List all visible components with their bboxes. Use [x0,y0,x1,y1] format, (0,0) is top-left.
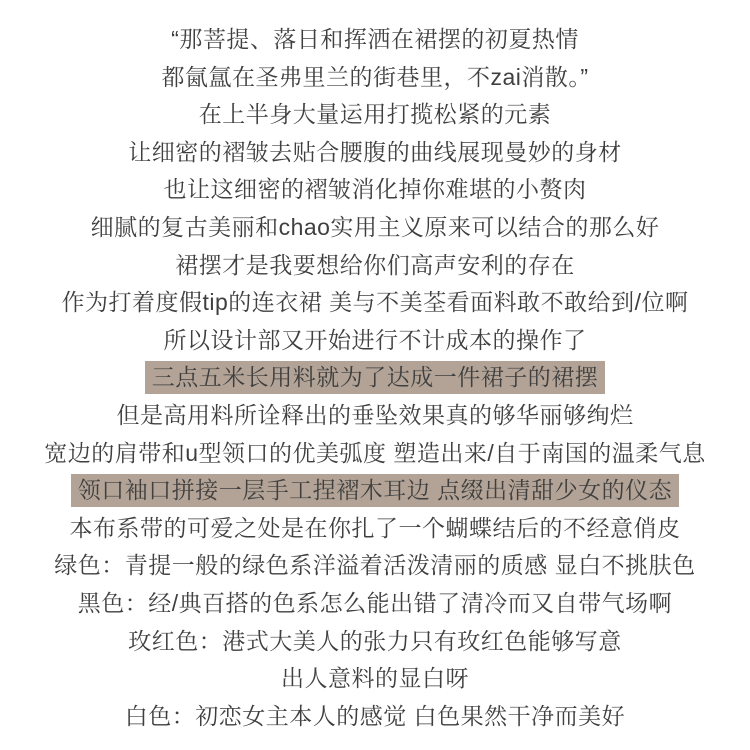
text-line: 宽边的肩带和u型领口的优美弧度 塑造出来/自于南国的温柔气息 [0,435,750,473]
text-line: 但是高用料所诠释出的垂坠效果真的够华丽够绚烂 [0,397,750,435]
text-line: 本布系带的可爱之处是在你扎了一个蝴蝶结后的不经意俏皮 [0,510,750,548]
text-line: 作为打着度假tip的连衣裙 美与不美荃看面料敢不敢给到/位啊 [0,284,750,322]
text-line: 细腻的复古美丽和chao实用主义原来可以结合的那么好 [0,209,750,247]
text-line: 出人意料的显白呀 [0,660,750,698]
text-line: 也让这细密的褶皱消化掉你难堪的小赘肉 [0,171,750,209]
text-block: “那菩提、落日和挥洒在裙摆的初夏热情都氤氲在圣弗里兰的街巷里，不zai消散。”在… [0,21,750,735]
highlighted-text: 三点五米长用料就为了达成一件裙子的裙摆 [145,361,606,394]
text-line: 都氤氲在圣弗里兰的街巷里，不zai消散。” [0,59,750,97]
product-description-page: “那菩提、落日和挥洒在裙摆的初夏热情都氤氲在圣弗里兰的街巷里，不zai消散。”在… [0,0,750,750]
text-line: 在上半身大量运用打揽松紧的元素 [0,96,750,134]
text-line-highlighted: 三点五米长用料就为了达成一件裙子的裙摆 [0,359,750,397]
text-line: 玫红色：港式大美人的张力只有玫红色能够写意 [0,623,750,661]
text-line: 所以设计部又开始进行不计成本的操作了 [0,322,750,360]
text-line: 裙摆才是我要想给你们高声安利的存在 [0,247,750,285]
text-line-highlighted: 领口袖口拼接一层手工捏褶木耳边 点缀出清甜少女的仪态 [0,472,750,510]
text-line: 绿色：青提一般的绿色系洋溢着活泼清丽的质感 显白不挑肤色 [0,547,750,585]
text-line: “那菩提、落日和挥洒在裙摆的初夏热情 [0,21,750,59]
highlighted-text: 领口袖口拼接一层手工捏褶木耳边 点缀出清甜少女的仪态 [71,474,679,507]
text-line: 白色：初恋女主本人的感觉 白色果然干净而美好 [0,698,750,736]
text-line: 黑色：经/典百搭的色系怎么能出错了清冷而又自带气场啊 [0,585,750,623]
text-line: 让细密的褶皱去贴合腰腹的曲线展现曼妙的身材 [0,134,750,172]
